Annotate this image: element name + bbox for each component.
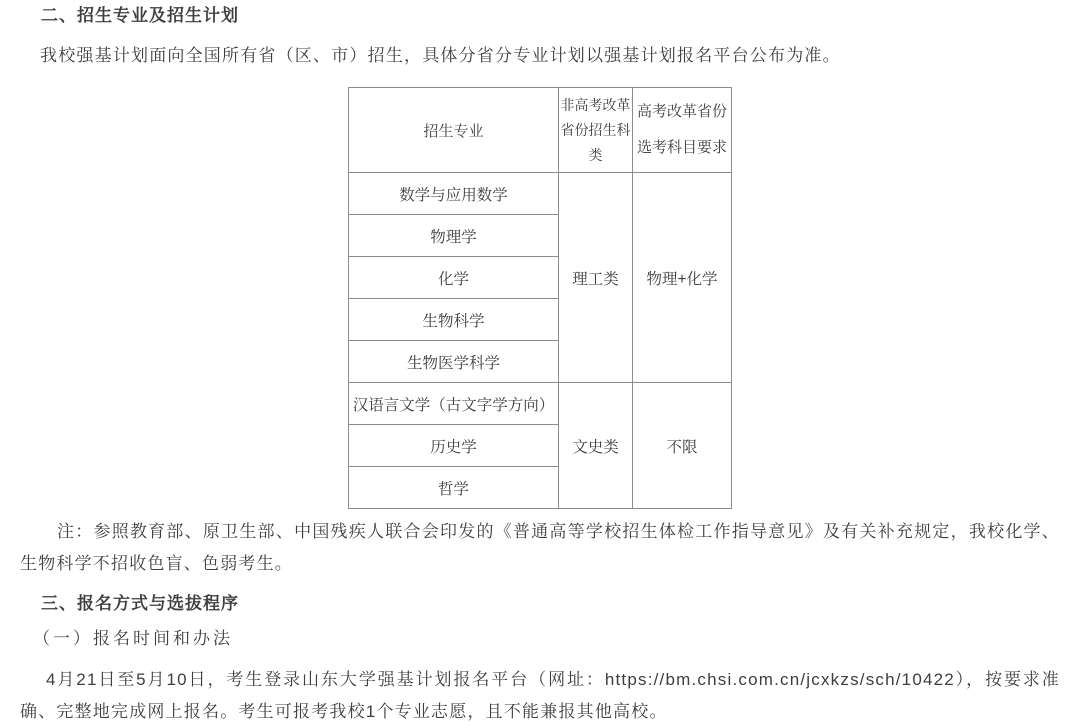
major-cell: 数学与应用数学 xyxy=(349,173,559,215)
apply-text-before-url: 4月21日至5月10日，考生登录山东大学强基计划报名平台（网址： xyxy=(46,670,605,689)
note-paragraph: 注：参照教育部、原卫生部、中国残疾人联合会印发的《普通高等学校招生体检工作指导意… xyxy=(20,516,1060,580)
subject-requirement-cell: 物理+化学 xyxy=(633,173,732,383)
major-cell: 历史学 xyxy=(349,425,559,467)
table-row: 汉语言文学（古文字学方向）文史类不限 xyxy=(349,383,732,425)
major-cell: 物理学 xyxy=(349,215,559,257)
table-row: 数学与应用数学理工类物理+化学 xyxy=(349,173,732,215)
category-cell: 文史类 xyxy=(559,383,633,509)
major-cell: 化学 xyxy=(349,257,559,299)
major-cell: 生物医学科学 xyxy=(349,341,559,383)
major-cell: 生物科学 xyxy=(349,299,559,341)
intro-paragraph: 我校强基计划面向全国所有省（区、市）招生，具体分省分专业计划以强基计划报名平台公… xyxy=(20,40,1060,72)
signup-url: https://bm.chsi.com.cn/jcxkzs/sch/10422 xyxy=(605,670,955,689)
col-header-reform-subject-requirement: 高考改革省份选考科目要求 xyxy=(633,88,732,173)
document-page: 二、招生专业及招生计划 我校强基计划面向全国所有省（区、市）招生，具体分省分专业… xyxy=(0,0,1080,722)
admission-plan-table-body: 数学与应用数学理工类物理+化学物理学化学生物科学生物医学科学汉语言文学（古文字学… xyxy=(349,173,732,509)
major-cell: 哲学 xyxy=(349,467,559,509)
admission-plan-table: 招生专业 非高考改革省份招生科类 高考改革省份选考科目要求 数学与应用数学理工类… xyxy=(348,87,732,509)
apply-paragraph: 4月21日至5月10日，考生登录山东大学强基计划报名平台（网址：https://… xyxy=(20,664,1060,722)
section-heading-apply: 三、报名方式与选拔程序 xyxy=(41,592,1060,616)
category-cell: 理工类 xyxy=(559,173,633,383)
major-cell: 汉语言文学（古文字学方向） xyxy=(349,383,559,425)
col-header-major: 招生专业 xyxy=(349,88,559,173)
subject-requirement-cell: 不限 xyxy=(633,383,732,509)
admission-plan-table-header: 招生专业 非高考改革省份招生科类 高考改革省份选考科目要求 xyxy=(349,88,732,173)
subsection-heading-time-method: （一）报名时间和办法 xyxy=(33,627,1060,651)
col-header-non-reform-category: 非高考改革省份招生科类 xyxy=(559,88,633,173)
table-header-row: 招生专业 非高考改革省份招生科类 高考改革省份选考科目要求 xyxy=(349,88,732,173)
section-heading-admission: 二、招生专业及招生计划 xyxy=(41,4,1060,28)
